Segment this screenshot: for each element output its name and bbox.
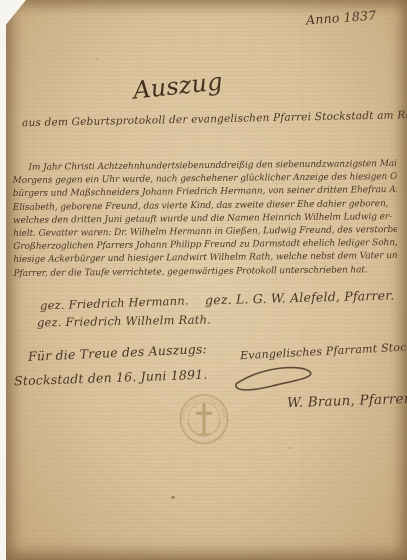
- cross-icon: [196, 403, 212, 435]
- paper-stain: [96, 58, 99, 60]
- paper-stain: [289, 447, 292, 449]
- body-paragraph: Im Jahr Christi Achtzehnhundertsiebenund…: [12, 158, 397, 281]
- signature-flourish: [232, 362, 342, 396]
- scanned-document-page: Anno 1837 Auszug aus dem Geburtsprotokol…: [0, 0, 407, 560]
- church-seal-stamp: EVANGELISCHES PFARRAMT STOCKSTADT A. RH.: [168, 383, 240, 455]
- paper-stain: [171, 496, 175, 499]
